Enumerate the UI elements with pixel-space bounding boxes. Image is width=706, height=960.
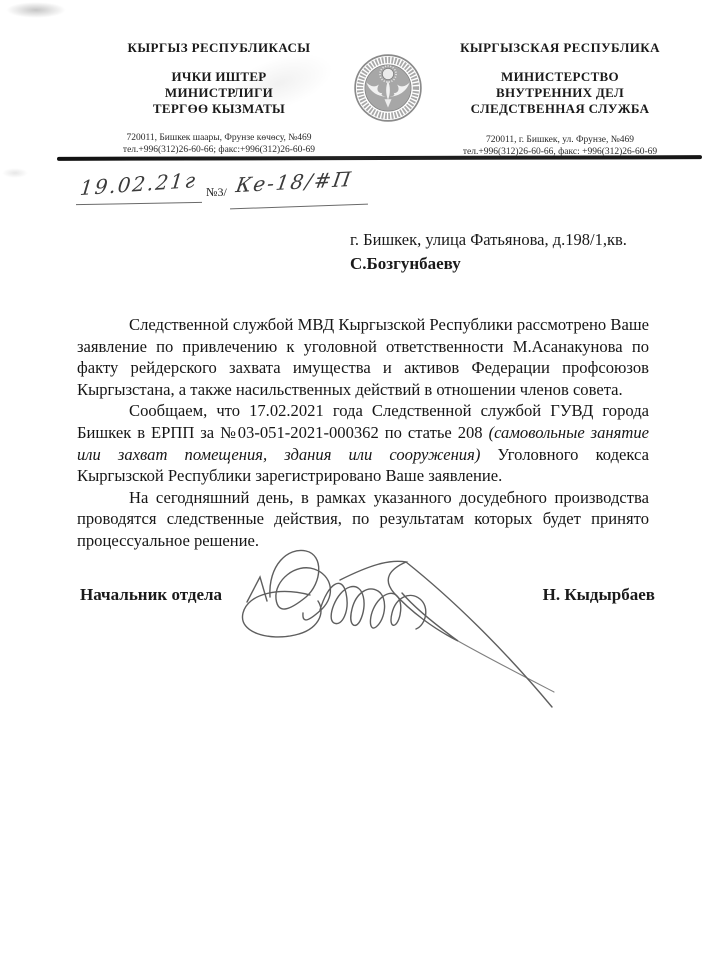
address-block-kyrgyz: 720011, Бишкек шаары, Фрунзе көчөсу, №46… — [62, 132, 376, 156]
ministry-name-line: МИНИСТРЛИГИ — [62, 85, 376, 101]
outgoing-number-prefix: №3/ — [206, 185, 227, 200]
date-underline — [76, 202, 202, 205]
letterhead-divider-rule — [57, 155, 702, 161]
body-paragraph-2: Сообщаем, что 17.02.2021 года Следственн… — [77, 400, 649, 486]
recipient-block: г. Бишкек, улица Фатьянова, д.198/1,кв. … — [350, 228, 680, 275]
letterhead-right-column: КЫРГЫЗСКАЯ РЕСПУБЛИКА МИНИСТЕРСТВО ВНУТР… — [410, 40, 706, 158]
letter-body: Следственной службой МВД Кыргызской Респ… — [77, 314, 649, 552]
handwritten-signature — [210, 535, 570, 720]
ministry-name-russian: МИНИСТЕРСТВО ВНУТРЕННИХ ДЕЛ СЛЕДСТВЕННАЯ… — [410, 69, 706, 117]
address-block-russian: 720011, г. Бишкек, ул. Фрунзе, №469 тел.… — [410, 134, 706, 158]
ministry-name-line: ВНУТРЕННИХ ДЕЛ — [410, 85, 706, 101]
ministry-name-line: МИНИСТЕРСТВО — [410, 69, 706, 85]
signature-row: Начальник отдела Н. Кыдырбаев — [80, 585, 655, 605]
address-line: 720011, Бишкек шаары, Фрунзе көчөсу, №46… — [62, 132, 376, 144]
scan-smudge — [6, 2, 66, 18]
ministry-name-line: ТЕРГӨӨ КЫЗМАТЫ — [62, 101, 376, 117]
signature-stroke — [458, 641, 554, 692]
scanned-official-letter: КЫРГЫЗ РЕСПУБЛИКАСЫ ИЧКИ ИШТЕР МИНИСТРЛИ… — [0, 0, 706, 960]
ministry-name-line: СЛЕДСТВЕННАЯ СЛУЖБА — [410, 101, 706, 117]
signatory-name: Н. Кыдырбаев — [543, 585, 655, 605]
outgoing-date-handwritten: 19.02.21г — [79, 168, 198, 200]
scan-smudge — [2, 168, 28, 178]
recipient-address: г. Бишкек, улица Фатьянова, д.198/1,кв. — [350, 228, 680, 251]
recipient-name: С.Бозгунбаеву — [350, 252, 680, 275]
ministry-name-line: ИЧКИ ИШТЕР — [62, 69, 376, 85]
signature-stroke — [406, 562, 552, 707]
phone-fax-line: тел.+996(312)26-60-66; факс:+996(312)26-… — [62, 144, 376, 156]
signatory-position-title: Начальник отдела — [80, 585, 222, 605]
country-name-russian: КЫРГЫЗСКАЯ РЕСПУБЛИКА — [410, 40, 706, 56]
body-paragraph-1: Следственной службой МВД Кыргызской Респ… — [77, 314, 649, 400]
letterhead-left-column: КЫРГЫЗ РЕСПУБЛИКАСЫ ИЧКИ ИШТЕР МИНИСТРЛИ… — [62, 40, 376, 156]
ministry-name-kyrgyz: ИЧКИ ИШТЕР МИНИСТРЛИГИ ТЕРГӨӨ КЫЗМАТЫ — [62, 69, 376, 117]
country-name-kyrgyz: КЫРГЫЗ РЕСПУБЛИКАСЫ — [62, 40, 376, 56]
address-line: 720011, г. Бишкек, ул. Фрунзе, №469 — [410, 134, 706, 146]
number-underline — [230, 204, 368, 210]
outgoing-number-handwritten: Ке-18/#П — [234, 167, 354, 197]
